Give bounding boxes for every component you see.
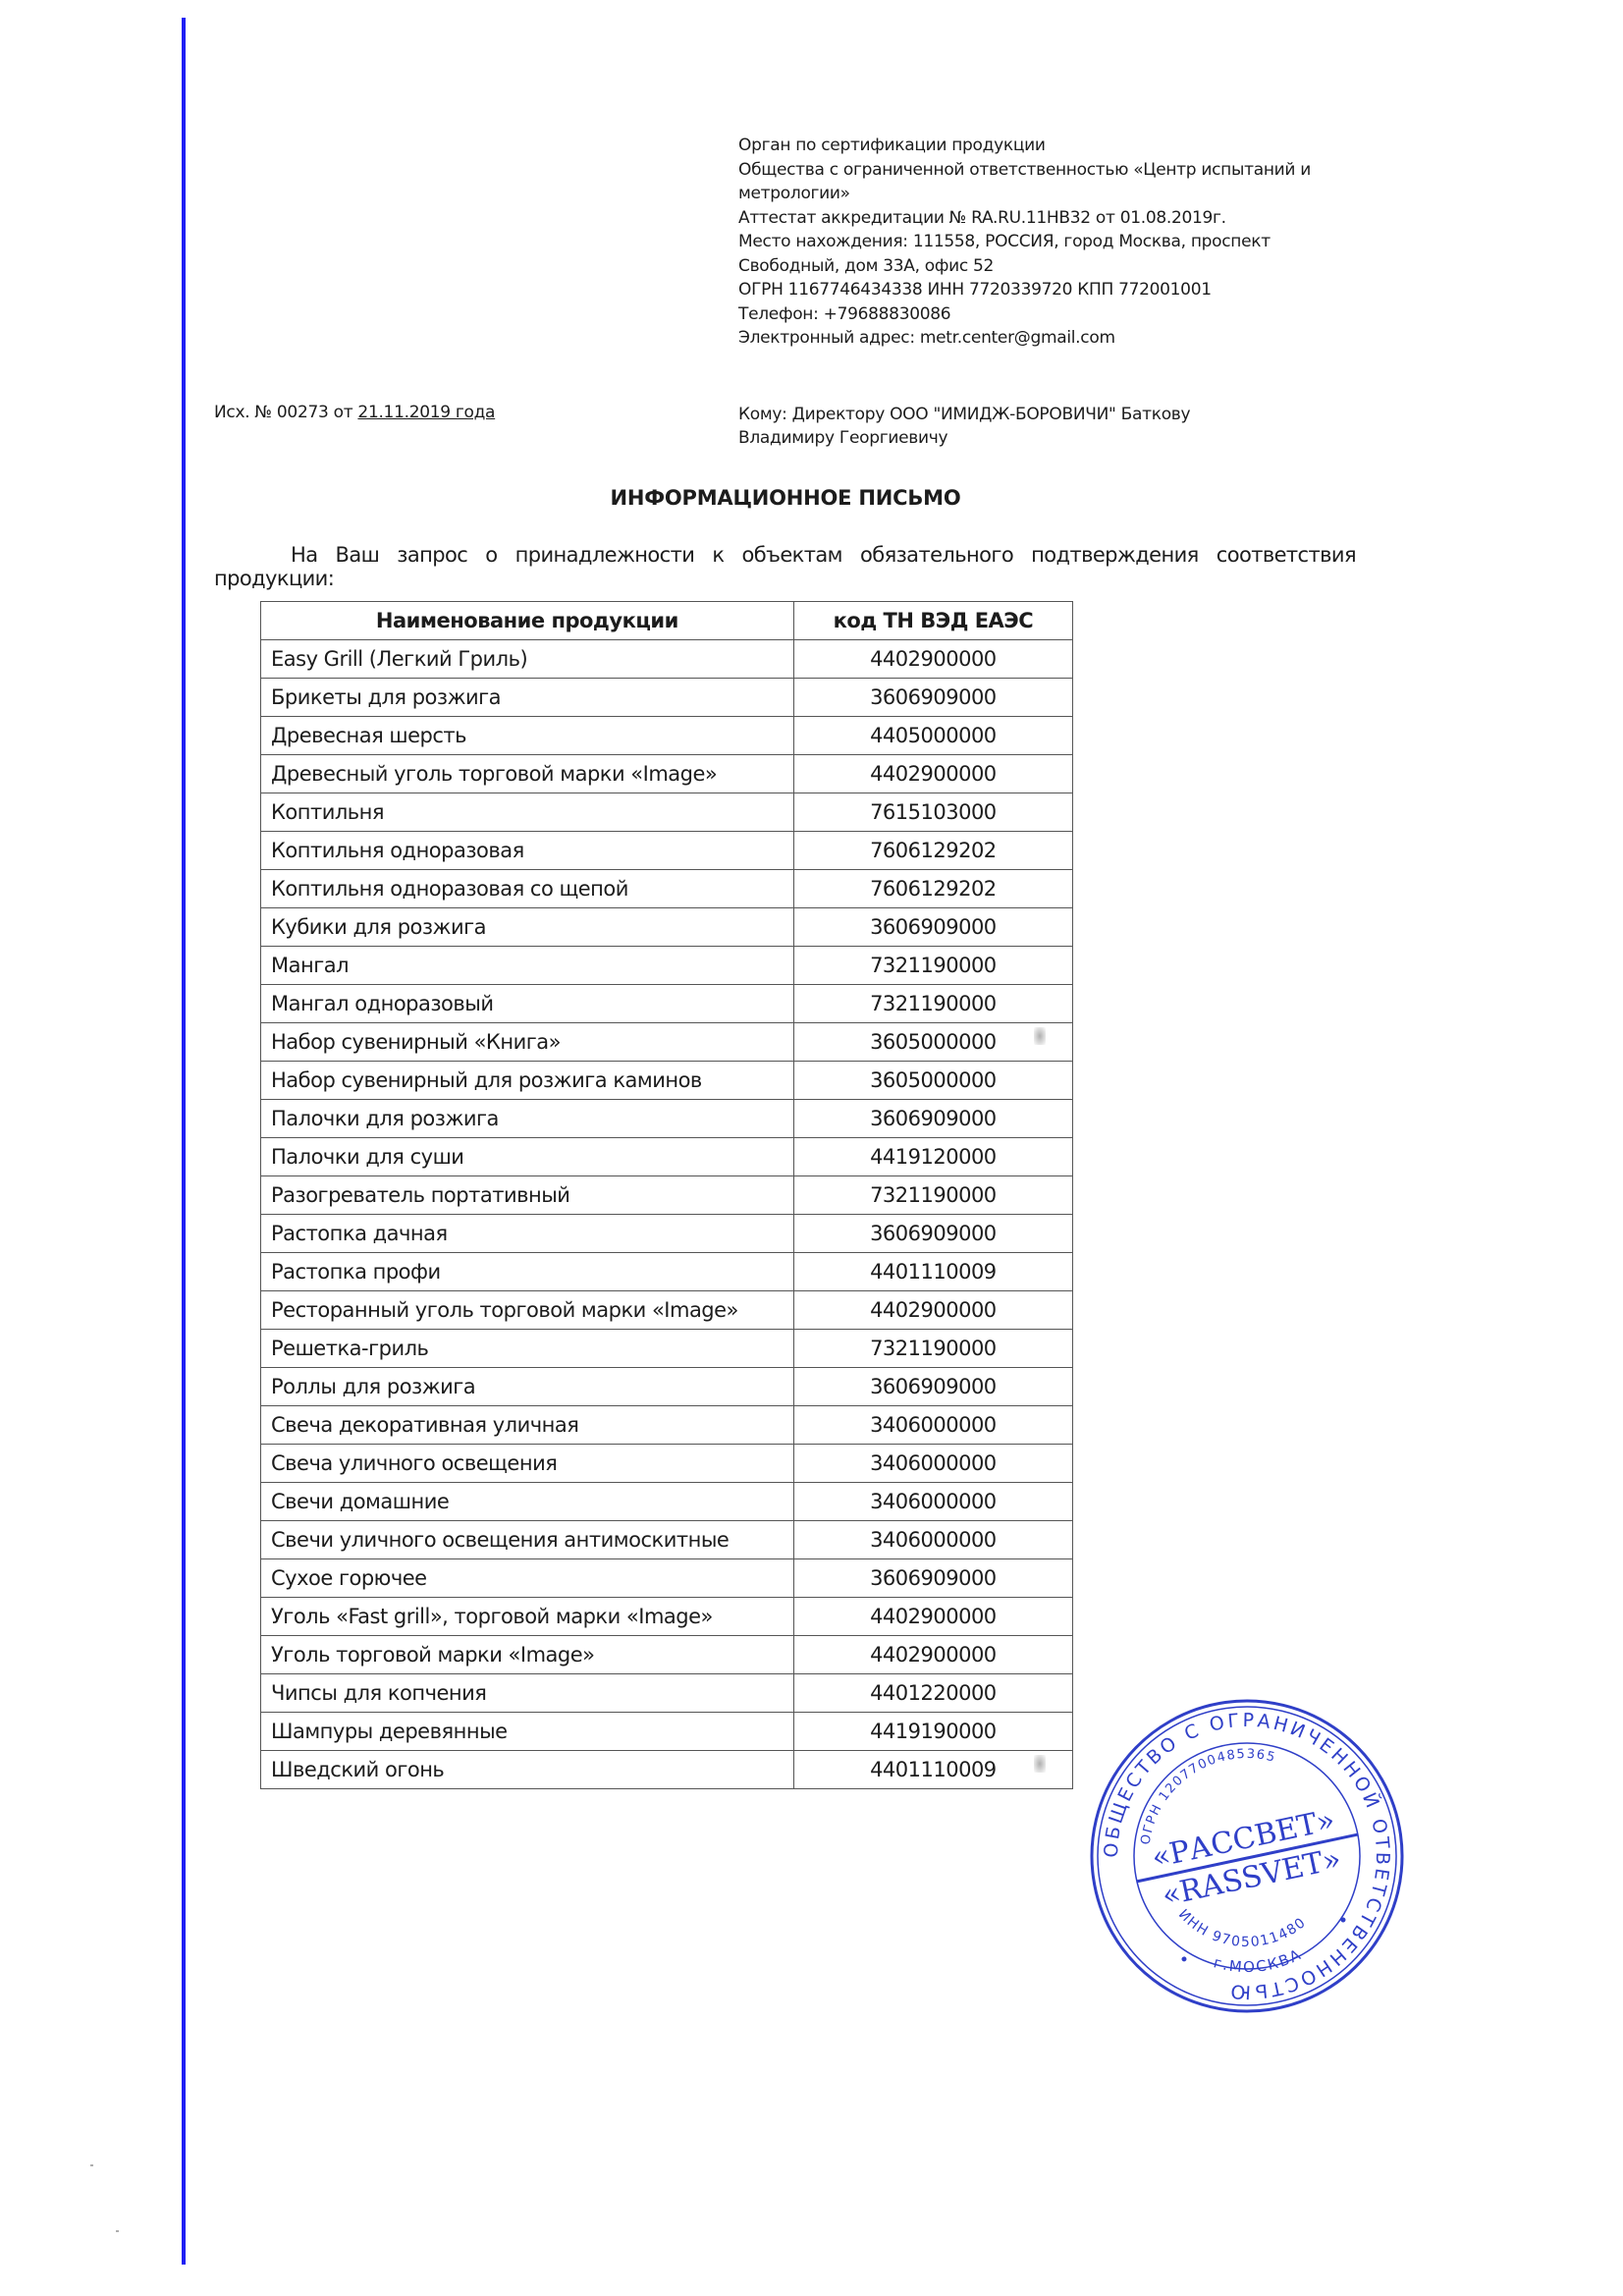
issuer-line: Аттестат аккредитации № RA.RU.11НВ32 от … — [738, 206, 1386, 231]
product-name-cell: Свечи уличного освещения антимоскитные — [261, 1521, 794, 1559]
tnved-code-cell: 4401110009 — [793, 1253, 1072, 1291]
tnved-code-cell: 3606909000 — [793, 1100, 1072, 1138]
product-name-cell: Набор сувенирный «Книга» — [261, 1023, 794, 1062]
scan-speck — [90, 2164, 93, 2166]
tnved-code-cell: 4402900000 — [793, 640, 1072, 679]
products-table: Наименование продукции код ТН ВЭД ЕАЭС E… — [260, 601, 1073, 1789]
issuer-line: Общества с ограниченной ответственностью… — [738, 158, 1386, 183]
table-row: Древесная шерсть4405000000 — [261, 717, 1073, 755]
table-row: Свечи домашние3406000000 — [261, 1483, 1073, 1521]
product-name-cell: Уголь «Fast grill», торговой марки «Imag… — [261, 1598, 794, 1636]
product-name-cell: Свеча уличного освещения — [261, 1445, 794, 1483]
table-row: Ресторанный уголь торговой марки «Image»… — [261, 1291, 1073, 1330]
tnved-code-cell: 7321190000 — [793, 1330, 1072, 1368]
tnved-code-cell: 7321190000 — [793, 947, 1072, 985]
tnved-code-cell: 7321190000 — [793, 985, 1072, 1023]
table-row: Набор сувенирный «Книга»3605000000 — [261, 1023, 1073, 1062]
issuer-line: Телефон: +79688830086 — [738, 302, 1386, 327]
product-name-cell: Кубики для розжига — [261, 908, 794, 947]
table-row: Кубики для розжига3606909000 — [261, 908, 1073, 947]
reference-prefix: Исх. № 00273 от — [214, 403, 357, 422]
tnved-code-cell: 4419120000 — [793, 1138, 1072, 1176]
issuer-email-line: Электронный адрес: metr.center@gmail.com — [738, 326, 1386, 351]
table-row: Шведский огонь4401110009 — [261, 1751, 1073, 1789]
tnved-code-cell: 3406000000 — [793, 1445, 1072, 1483]
table-row: Мангал7321190000 — [261, 947, 1073, 985]
document-title: ИНФОРМАЦИОННОЕ ПИСЬМО — [0, 486, 1571, 510]
tnved-code-cell: 3406000000 — [793, 1483, 1072, 1521]
column-header-name: Наименование продукции — [261, 602, 794, 640]
table-row: Уголь «Fast grill», торговой марки «Imag… — [261, 1598, 1073, 1636]
tnved-code-cell: 3606909000 — [793, 679, 1072, 717]
recipient-line: Владимиру Георгиевичу — [738, 426, 1190, 450]
table-row: Сухое горючее3606909000 — [261, 1559, 1073, 1598]
table-row: Уголь торговой марки «Image»4402900000 — [261, 1636, 1073, 1674]
table-row: Набор сувенирный для розжига каминов3605… — [261, 1062, 1073, 1100]
tnved-code-cell: 3606909000 — [793, 1215, 1072, 1253]
product-name-cell: Палочки для розжига — [261, 1100, 794, 1138]
column-header-code: код ТН ВЭД ЕАЭС — [793, 602, 1072, 640]
scan-smudge — [1034, 1755, 1046, 1773]
table-row: Коптильня одноразовая со щепой7606129202 — [261, 870, 1073, 908]
table-row: Шампуры деревянные4419190000 — [261, 1713, 1073, 1751]
tnved-code-cell: 3605000000 — [793, 1023, 1072, 1062]
tnved-code-cell: 4419190000 — [793, 1713, 1072, 1751]
tnved-code-cell: 4401110009 — [793, 1751, 1072, 1789]
product-name-cell: Брикеты для розжига — [261, 679, 794, 717]
product-name-cell: Свечи домашние — [261, 1483, 794, 1521]
product-name-cell: Коптильня одноразовая — [261, 832, 794, 870]
tnved-code-cell: 7606129202 — [793, 870, 1072, 908]
issuer-line: ОГРН 1167746434338 ИНН 7720339720 КПП 77… — [738, 278, 1386, 302]
issuer-line: метрологии» — [738, 182, 1386, 206]
company-stamp: ОБЩЕСТВО С ОГРАНИЧЕННОЙ ОТВЕТСТВЕННОСТЬЮ… — [1080, 1689, 1414, 2023]
product-name-cell: Easy Grill (Легкий Гриль) — [261, 640, 794, 679]
product-name-cell: Древесная шерсть — [261, 717, 794, 755]
product-name-cell: Палочки для суши — [261, 1138, 794, 1176]
issuer-block: Орган по сертификации продукции Общества… — [738, 134, 1386, 351]
reference-date: 21.11.2019 года — [357, 403, 495, 422]
product-name-cell: Роллы для розжига — [261, 1368, 794, 1406]
table-row: Брикеты для розжига3606909000 — [261, 679, 1073, 717]
stamp-graphic: ОБЩЕСТВО С ОГРАНИЧЕННОЙ ОТВЕТСТВЕННОСТЬЮ… — [1080, 1689, 1414, 2023]
table-row: Растопка профи4401110009 — [261, 1253, 1073, 1291]
table-row: Мангал одноразовый7321190000 — [261, 985, 1073, 1023]
table-row: Свеча уличного освещения3406000000 — [261, 1445, 1073, 1483]
recipient-block: Кому: Директору ООО "ИМИДЖ-БОРОВИЧИ" Бат… — [738, 403, 1190, 450]
table-row: Easy Grill (Легкий Гриль)4402900000 — [261, 640, 1073, 679]
product-name-cell: Решетка-гриль — [261, 1330, 794, 1368]
tnved-code-cell: 7615103000 — [793, 793, 1072, 832]
product-name-cell: Растопка профи — [261, 1253, 794, 1291]
tnved-code-cell: 3606909000 — [793, 1559, 1072, 1598]
tnved-code-cell: 3606909000 — [793, 908, 1072, 947]
table-row: Растопка дачная3606909000 — [261, 1215, 1073, 1253]
tnved-code-cell: 4402900000 — [793, 1636, 1072, 1674]
table-body: Easy Grill (Легкий Гриль)4402900000Брике… — [261, 640, 1073, 1789]
product-name-cell: Коптильня — [261, 793, 794, 832]
tnved-code-cell: 4402900000 — [793, 1291, 1072, 1330]
table-row: Древесный уголь торговой марки «Image»44… — [261, 755, 1073, 793]
table-row: Палочки для розжига3606909000 — [261, 1100, 1073, 1138]
table-header-row: Наименование продукции код ТН ВЭД ЕАЭС — [261, 602, 1073, 640]
tnved-code-cell: 4402900000 — [793, 755, 1072, 793]
tnved-code-cell: 7606129202 — [793, 832, 1072, 870]
issuer-line: Место нахождения: 111558, РОССИЯ, город … — [738, 230, 1386, 254]
tnved-code-cell: 7321190000 — [793, 1176, 1072, 1215]
outgoing-reference: Исх. № 00273 от 21.11.2019 года — [214, 403, 495, 422]
product-name-cell: Мангал одноразовый — [261, 985, 794, 1023]
table-row: Свеча декоративная уличная3406000000 — [261, 1406, 1073, 1445]
product-name-cell: Чипсы для копчения — [261, 1674, 794, 1713]
table-row: Решетка-гриль7321190000 — [261, 1330, 1073, 1368]
tnved-code-cell: 4402900000 — [793, 1598, 1072, 1636]
product-name-cell: Разогреватель портативный — [261, 1176, 794, 1215]
tnved-code-cell: 3605000000 — [793, 1062, 1072, 1100]
table-row: Чипсы для копчения4401220000 — [261, 1674, 1073, 1713]
issuer-line: Орган по сертификации продукции — [738, 134, 1386, 158]
table-row: Палочки для суши4419120000 — [261, 1138, 1073, 1176]
product-name-cell: Коптильня одноразовая со щепой — [261, 870, 794, 908]
product-name-cell: Свеча декоративная уличная — [261, 1406, 794, 1445]
tnved-code-cell: 4401220000 — [793, 1674, 1072, 1713]
table-row: Коптильня7615103000 — [261, 793, 1073, 832]
tnved-code-cell: 3606909000 — [793, 1368, 1072, 1406]
product-name-cell: Уголь торговой марки «Image» — [261, 1636, 794, 1674]
table-row: Разогреватель портативный7321190000 — [261, 1176, 1073, 1215]
issuer-line: Свободный, дом 33А, офис 52 — [738, 254, 1386, 279]
scan-speck — [116, 2230, 119, 2232]
tnved-code-cell: 3406000000 — [793, 1521, 1072, 1559]
product-name-cell: Растопка дачная — [261, 1215, 794, 1253]
table-row: Коптильня одноразовая7606129202 — [261, 832, 1073, 870]
scan-smudge — [1034, 1027, 1046, 1045]
table-row: Свечи уличного освещения антимоскитные34… — [261, 1521, 1073, 1559]
product-name-cell: Сухое горючее — [261, 1559, 794, 1598]
margin-line — [182, 18, 186, 2265]
product-name-cell: Набор сувенирный для розжига каминов — [261, 1062, 794, 1100]
tnved-code-cell: 3406000000 — [793, 1406, 1072, 1445]
recipient-line: Кому: Директору ООО "ИМИДЖ-БОРОВИЧИ" Бат… — [738, 403, 1190, 426]
product-name-cell: Шведский огонь — [261, 1751, 794, 1789]
product-name-cell: Ресторанный уголь торговой марки «Image» — [261, 1291, 794, 1330]
product-name-cell: Шампуры деревянные — [261, 1713, 794, 1751]
table-row: Роллы для розжига3606909000 — [261, 1368, 1073, 1406]
product-name-cell: Мангал — [261, 947, 794, 985]
intro-paragraph: На Ваш запрос о принадлежности к объекта… — [214, 543, 1356, 590]
product-name-cell: Древесный уголь торговой марки «Image» — [261, 755, 794, 793]
tnved-code-cell: 4405000000 — [793, 717, 1072, 755]
